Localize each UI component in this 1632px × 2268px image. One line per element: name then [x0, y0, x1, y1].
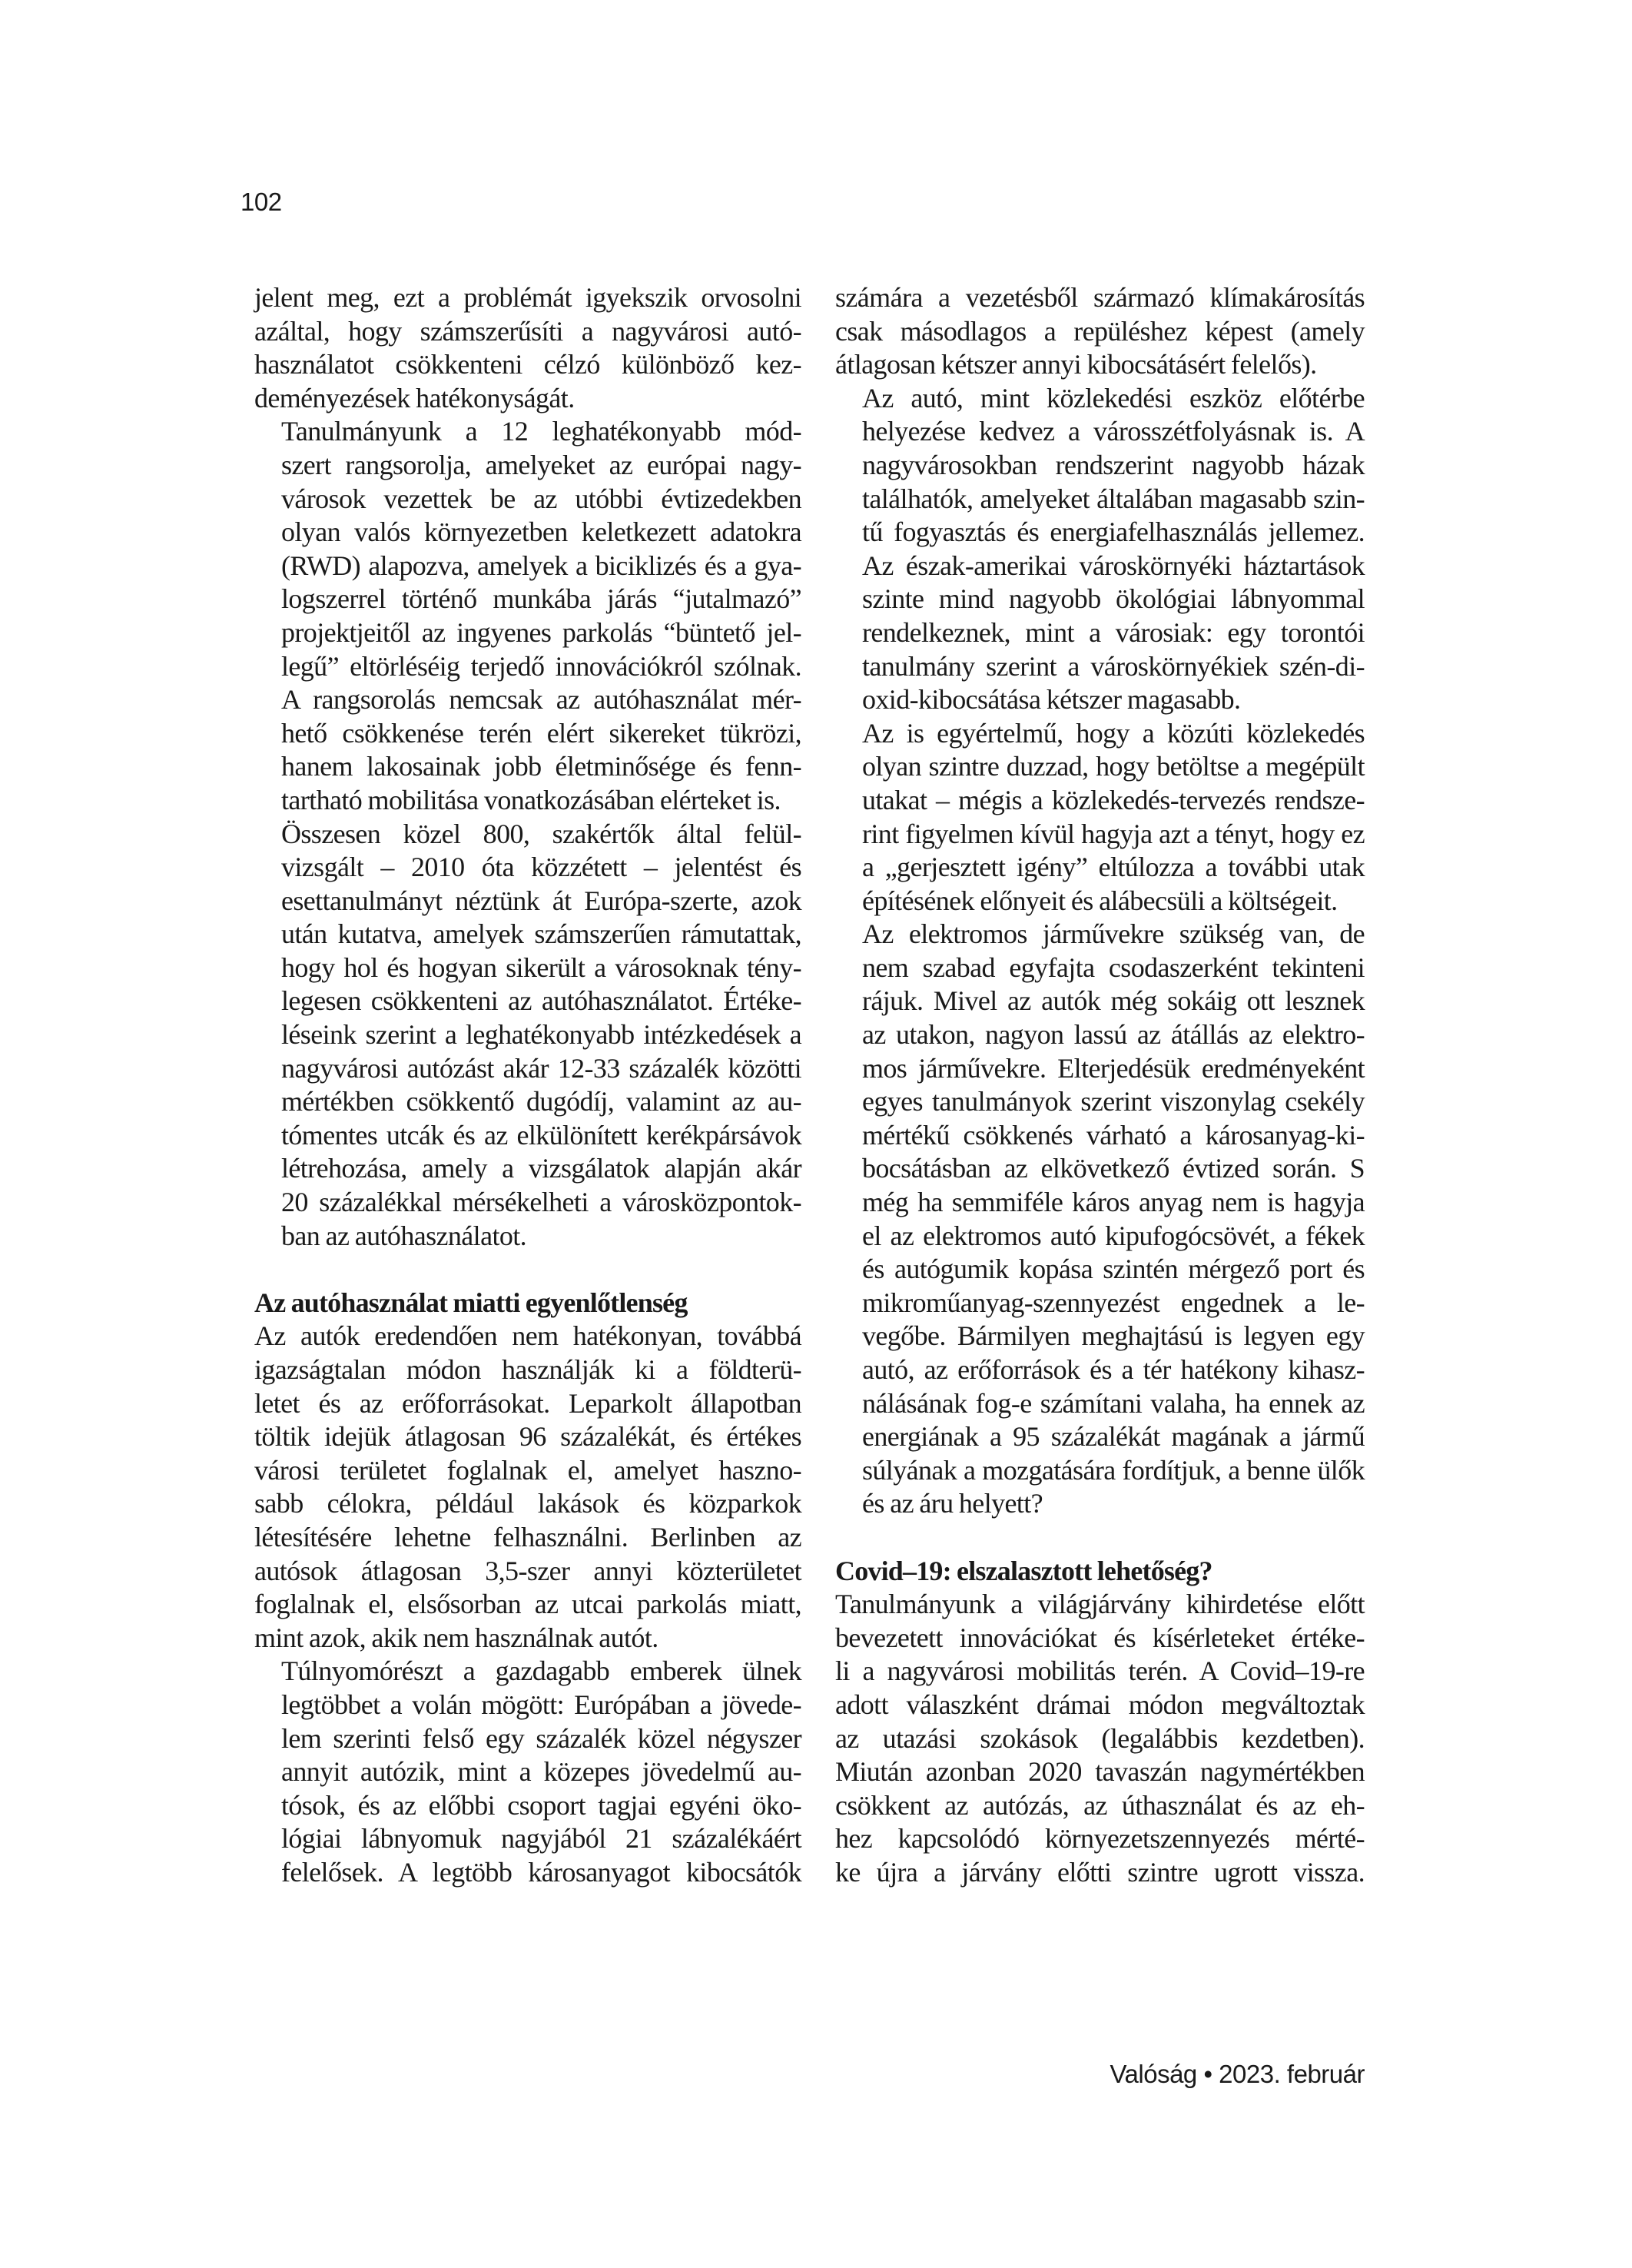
text-line: egyes tanulmányok szerint viszonylag cse… — [835, 1085, 1365, 1119]
text-line: hanem lakosainak jobb életminősége és fe… — [254, 750, 801, 784]
body-paragraph: Az elektromos járművekre szükség van, de… — [835, 918, 1365, 1521]
text-line: jelent meg, ezt a problémát igyekszik or… — [254, 281, 801, 315]
text-line: használatot csökkenteni célzó különböző … — [254, 348, 801, 382]
text-line: autósok átlagosan 3,5-szer annyi közterü… — [254, 1555, 801, 1589]
body-paragraph: Tanulmányunk a 12 leghatékonyabb mód-sze… — [254, 415, 801, 817]
text-line: el az elektromos autó kipufogócsövét, a … — [835, 1220, 1365, 1254]
text-line: legesen csökkenteni az autóhasználatot. … — [254, 985, 801, 1018]
right-column: számára a vezetésből származó klímakáros… — [835, 281, 1365, 1890]
body-paragraph: Az is egyértelmű, hogy a közúti közleked… — [835, 717, 1365, 918]
text-line: bevezetett innovációkat és kísérleteket … — [835, 1622, 1365, 1655]
text-line: utakat – mégis a közlekedés-tervezés ren… — [835, 784, 1365, 818]
text-line: energiának a 95 százalékát magának a jár… — [835, 1420, 1365, 1454]
text-line: Tanulmányunk a 12 leghatékonyabb mód- — [254, 415, 801, 449]
text-line: tű fogyasztás és energiafelhasználás jel… — [835, 516, 1365, 550]
text-line: mértékű csökkenés várható a károsanyag-k… — [835, 1119, 1365, 1153]
text-line: súlyának a mozgatására fordítjuk, a benn… — [835, 1454, 1365, 1488]
text-line: az utazási szokások (legalábbis kezdetbe… — [835, 1722, 1365, 1756]
journal-footer: Valóság • 2023. február — [1110, 2060, 1365, 2089]
text-line: sabb célokra, például lakások és közpark… — [254, 1487, 801, 1521]
text-line: Az autó, mint közlekedési eszköz előtérb… — [835, 382, 1365, 416]
text-line: vizsgált – 2010 óta közzétett – jelentés… — [254, 851, 801, 885]
text-line: helyezése kedvez a városszétfolyásnak is… — [835, 415, 1365, 449]
text-line: szert rangsorolja, amelyeket az európai … — [254, 449, 801, 483]
body-paragraph: számára a vezetésből származó klímakáros… — [835, 281, 1365, 382]
text-line: Az elektromos járművekre szükség van, de — [835, 918, 1365, 951]
text-line: tómentes utcák és az elkülönített kerékp… — [254, 1119, 801, 1153]
text-line: az utakon, nagyon lassú az átállás az el… — [835, 1018, 1365, 1052]
text-line: lem szerinti felső egy százalék közel né… — [254, 1722, 801, 1756]
text-line: létrehozása, amely a vizsgálatok alapján… — [254, 1152, 801, 1186]
text-line: azáltal, hogy számszerűsíti a nagyvárosi… — [254, 315, 801, 349]
text-line: csak másodlagos a repüléshez képest (ame… — [835, 315, 1365, 349]
text-line: hető csökkenése terén elért sikereket tü… — [254, 717, 801, 751]
text-line: hogy hol és hogyan sikerült a városoknak… — [254, 951, 801, 985]
text-line: építésének előnyeit és alábecsüli a költ… — [835, 885, 1365, 918]
section-heading-covid-missed-opportunity: Covid–19: elszalasztott lehetőség? — [835, 1555, 1365, 1589]
text-line: tósok, és az előbbi csoport tagjai egyén… — [254, 1789, 801, 1823]
text-line: olyan szintre duzzad, hogy betöltse a me… — [835, 750, 1365, 784]
body-paragraph: Túlnyomórészt a gazdagabb emberek ülnekl… — [254, 1655, 801, 1889]
text-line: annyit autózik, mint a közepes jövedelmű… — [254, 1755, 801, 1789]
text-line: lógiai lábnyomuk nagyjából 21 százalékáé… — [254, 1822, 801, 1856]
text-line: A rangsorolás nemcsak az autóhasználat m… — [254, 683, 801, 717]
body-paragraph: Tanulmányunk a világjárvány kihirdetése … — [835, 1588, 1365, 1889]
text-line: Tanulmányunk a világjárvány kihirdetése … — [835, 1588, 1365, 1622]
text-line: és az áru helyett? — [835, 1487, 1365, 1521]
text-line: rint figyelmen kívül hagyja azt a tényt,… — [835, 818, 1365, 852]
page-number: 102 — [240, 188, 282, 217]
text-line: városok vezettek be az utóbbi évtizedekb… — [254, 483, 801, 516]
text-line: oxid-kibocsátása kétszer magasabb. — [835, 683, 1365, 717]
right-post-heading: Tanulmányunk a világjárvány kihirdetése … — [835, 1588, 1365, 1889]
text-line: 20 százalékkal mérsékelheti a városközpo… — [254, 1186, 801, 1220]
text-line: tartható mobilitása vonatkozásában elért… — [254, 784, 801, 818]
text-line: igazságtalan módon használják ki a földt… — [254, 1353, 801, 1387]
left-pre-heading: jelent meg, ezt a problémát igyekszik or… — [254, 281, 801, 1253]
section-heading-car-use-inequality: Az autóhasználat miatti egyenlőtlenség — [254, 1287, 801, 1320]
right-pre-heading: számára a vezetésből származó klímakáros… — [835, 281, 1365, 1521]
text-line: Az észak-amerikai városkörnyéki háztartá… — [835, 550, 1365, 583]
text-line: csökkent az autózás, az úthasználat és a… — [835, 1789, 1365, 1823]
text-line: esettanulmányt néztünk át Európa-szerte,… — [254, 885, 801, 918]
text-line: városi területet foglalnak el, amelyet h… — [254, 1454, 801, 1488]
text-line: Miután azonban 2020 tavaszán nagymértékb… — [835, 1755, 1365, 1789]
text-line: rendelkeznek, mint a városiak: egy toron… — [835, 616, 1365, 650]
text-line: mint azok, akik nem használnak autót. — [254, 1622, 801, 1655]
text-line: nálásának fog-e számítani valaha, ha enn… — [835, 1387, 1365, 1421]
text-line: bocsátásban az elkövetkező évtized során… — [835, 1152, 1365, 1186]
text-line: számára a vezetésből származó klímakáros… — [835, 281, 1365, 315]
text-line: mértékben csökkentő dugódíj, valamint az… — [254, 1085, 801, 1119]
text-line: olyan valós környezetben keletkezett ada… — [254, 516, 801, 550]
left-column: jelent meg, ezt a problémát igyekszik or… — [254, 281, 801, 1890]
text-line: legű” eltörléséig terjedő innovációkról … — [254, 650, 801, 684]
text-line: autó, az erőforrások és a tér hatékony k… — [835, 1353, 1365, 1387]
text-line: a „gerjesztett igény” eltúlozza a tovább… — [835, 851, 1365, 885]
text-line: átlagosan kétszer annyi kibocsátásért fe… — [835, 348, 1365, 382]
text-line: felelősek. A legtöbb károsanyagot kibocs… — [254, 1856, 801, 1890]
text-line: mikroműanyag-szennyezést engednek a le- — [835, 1287, 1365, 1320]
text-line: letet és az erőforrásokat. Leparkolt áll… — [254, 1387, 801, 1421]
text-line: és autógumik kopása szintén mérgező port… — [835, 1253, 1365, 1287]
text-line: találhatók, amelyeket általában magasabb… — [835, 483, 1365, 516]
text-line: rájuk. Mivel az autók még sokáig ott les… — [835, 985, 1365, 1018]
text-line: tanulmány szerint a városkörnyékiek szén… — [835, 650, 1365, 684]
text-line: Összesen közel 800, szakértők által felü… — [254, 818, 801, 852]
text-line: deményezések hatékonyságát. — [254, 382, 801, 416]
text-line: szinte mind nagyobb ökológiai lábnyommal — [835, 583, 1365, 616]
text-line: töltik idejük átlagosan 96 százalékát, é… — [254, 1420, 801, 1454]
text-line: Az is egyértelmű, hogy a közúti közleked… — [835, 717, 1365, 751]
body-paragraph: jelent meg, ezt a problémát igyekszik or… — [254, 281, 801, 415]
text-line: adott válaszként drámai módon megváltozt… — [835, 1689, 1365, 1722]
body-paragraph: Az autók eredendően nem hatékonyan, tová… — [254, 1320, 801, 1655]
text-line: hez kapcsolódó környezetszennyezés mérté… — [835, 1822, 1365, 1856]
text-line: Az autók eredendően nem hatékonyan, tová… — [254, 1320, 801, 1353]
text-line: foglalnak el, elsősorban az utcai parkol… — [254, 1588, 801, 1622]
text-line: logszerrel történő munkába járás “jutalm… — [254, 583, 801, 616]
text-line: még ha semmiféle káros anyag nem is hagy… — [835, 1186, 1365, 1220]
text-line: után kutatva, amelyek számszerűen rámuta… — [254, 918, 801, 951]
body-paragraph: Az autó, mint közlekedési eszköz előtérb… — [835, 382, 1365, 717]
text-line: projektjeitől az ingyenes parkolás “bünt… — [254, 616, 801, 650]
text-line: létesítésére lehetne felhasználni. Berli… — [254, 1521, 801, 1555]
left-post-heading: Az autók eredendően nem hatékonyan, tová… — [254, 1320, 801, 1889]
text-line: nagyvárosi autózást akár 12-33 százalék … — [254, 1052, 801, 1086]
text-line: vegőbe. Bármilyen meghajtású is legyen e… — [835, 1320, 1365, 1353]
text-line: mos járművekre. Elterjedésük eredményeké… — [835, 1052, 1365, 1086]
text-line: (RWD) alapozva, amelyek a biciklizés és … — [254, 550, 801, 583]
text-line: ke újra a járvány előtti szintre ugrott … — [835, 1856, 1365, 1890]
text-line: nagyvárosokban rendszerint nagyobb házak — [835, 449, 1365, 483]
body-paragraph: Összesen közel 800, szakértők által felü… — [254, 818, 801, 1254]
text-line: léseink szerint a leghatékonyabb intézke… — [254, 1018, 801, 1052]
text-line: nem szabad egyfajta csodaszerként tekint… — [835, 951, 1365, 985]
text-line: Túlnyomórészt a gazdagabb emberek ülnek — [254, 1655, 801, 1689]
text-line: li a nagyvárosi mobilitás terén. A Covid… — [835, 1655, 1365, 1689]
text-line: ban az autóhasználatot. — [254, 1220, 801, 1254]
text-line: legtöbbet a volán mögött: Európában a jö… — [254, 1689, 801, 1722]
